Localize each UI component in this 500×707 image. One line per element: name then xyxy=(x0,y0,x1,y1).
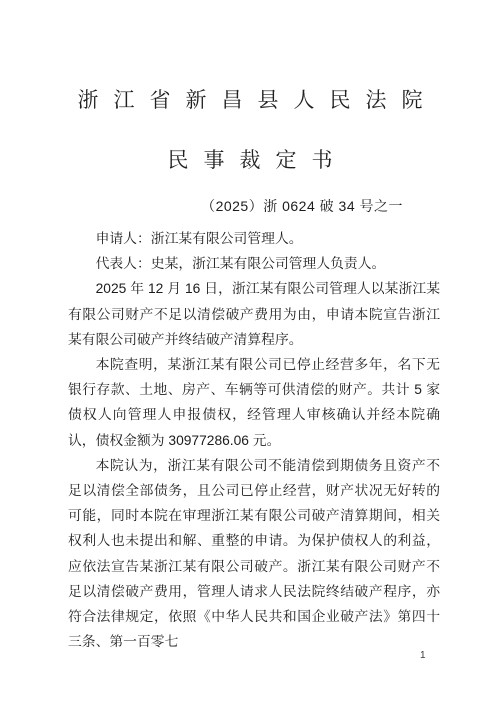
paragraph-opinion: 本院认为，浙江某有限公司不能清偿到期债务且资产不足以清偿全部债务，且公司已停止经… xyxy=(68,453,440,655)
paragraph-findings: 本院查明，某浙江某有限公司已停止经营多年，名下无银行存款、土地、房产、车辆等可供… xyxy=(68,352,440,453)
page-number: 1 xyxy=(420,650,426,661)
paragraph-representative: 代表人：史某，浙江某有限公司管理人负责人。 xyxy=(68,251,440,276)
document-body: 申请人：浙江某有限公司管理人。 代表人：史某，浙江某有限公司管理人负责人。 20… xyxy=(68,226,440,654)
document-type-title: 民事裁定书 xyxy=(0,144,500,174)
document-page: 浙江省新昌县人民法院 民事裁定书 （2025）浙 0624 破 34 号之一 申… xyxy=(0,0,500,707)
court-name-title: 浙江省新昌县人民法院 xyxy=(0,84,500,114)
paragraph-applicant: 申请人：浙江某有限公司管理人。 xyxy=(68,226,440,251)
paragraph-application: 2025 年 12 月 16 日，浙江某有限公司管理人以某浙江某有限公司财产不足… xyxy=(68,276,440,352)
case-number: （2025）浙 0624 破 34 号之一 xyxy=(201,196,403,216)
